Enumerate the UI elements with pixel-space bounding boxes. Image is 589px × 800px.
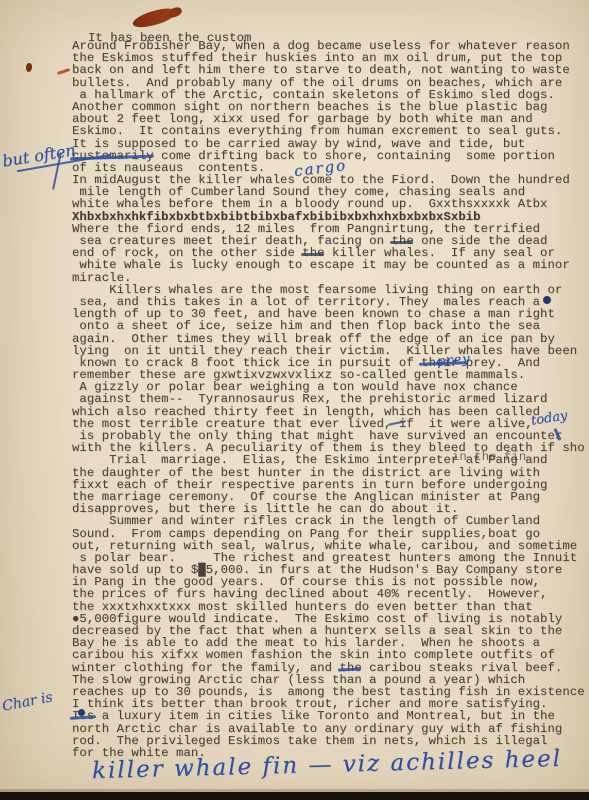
red-pencil-dash <box>57 68 70 74</box>
typed-line: Its a luxury item in cities like Toronto… <box>72 710 587 722</box>
typed-line: the xxxtxhxxtxxx most skilled hunters do… <box>72 601 587 613</box>
char-is-note: Char is <box>1 689 54 714</box>
typed-line: against them-- Tyrannosaurus Rex, the pr… <box>72 393 587 405</box>
manuscript-page: It has been the custom Around Frobisher … <box>0 0 589 800</box>
typed-line: It is supposed to be carried away by win… <box>72 138 587 150</box>
scan-edge-bar <box>0 792 589 800</box>
typed-line: Sound. From camps depending on Pang for … <box>72 528 587 540</box>
typed-line: Summer and winter rifles crack in the le… <box>72 515 587 527</box>
typed-line: again. Other times they will break off t… <box>72 333 587 345</box>
typed-line: Eskimo. It contains everything from huma… <box>72 125 587 137</box>
typed-line: onto a sheet of ice, seize him and then … <box>72 320 587 332</box>
typed-line: miracle. <box>72 272 587 284</box>
typed-line: back on and left him there to starve to … <box>72 64 587 76</box>
typed-line: caribou his xifxx women fashion the skin… <box>72 649 587 661</box>
typed-line: the prices of furs having declined about… <box>72 588 587 600</box>
typed-line: north Arctic char is available to any or… <box>72 723 587 735</box>
typed-line: bullets. And probably many of the oil dr… <box>72 77 587 89</box>
typed-text-block: Around Frobisher Bay, when a dog became … <box>72 40 587 759</box>
ghost-overtype-text: in the fin <box>452 450 526 464</box>
blue-ink-blot-1 <box>543 296 551 304</box>
typed-line: Xhbxbxhxhkfibxbxbtbxbibtbibxbafxbibibxbx… <box>72 211 587 223</box>
typed-line: white whale is lucky enough to escape it… <box>72 259 587 271</box>
ink-speck <box>26 63 32 72</box>
typed-line: winter clothing for the family, and the … <box>72 662 587 674</box>
typed-line: which also reached thirty feet in length… <box>72 406 587 418</box>
typed-line: the daughter of the best hunter in the d… <box>72 467 587 479</box>
typed-line: white whales before them in a bloody rou… <box>72 198 587 210</box>
strike-the-1 <box>390 241 413 244</box>
strike-the-2 <box>301 253 324 256</box>
blue-ink-blot-2 <box>78 709 85 716</box>
